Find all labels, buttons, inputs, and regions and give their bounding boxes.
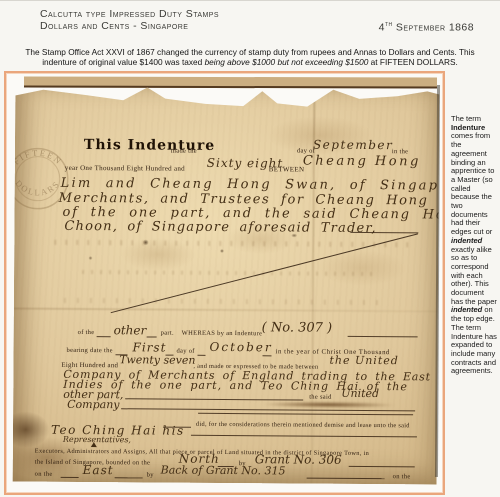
- indenture-paper: FIFTEEN DOLLARS This Indenture made the …: [13, 82, 440, 485]
- svg-text:DOLLARS: DOLLARS: [13, 178, 62, 198]
- album-page: Calcutta type Impressed Duty Stamps Doll…: [0, 0, 500, 497]
- page-title: Calcutta type Impressed Duty Stamps Doll…: [40, 9, 219, 32]
- ink-rule: [97, 336, 111, 337]
- ink-smudge: [261, 401, 396, 408]
- page-date: 4th September 1868: [379, 21, 474, 34]
- ink-rule: [348, 336, 418, 337]
- doc-print: on the: [393, 473, 411, 480]
- doc-handwriting: October: [210, 340, 273, 354]
- seal-text-top: FIFTEEN: [11, 147, 65, 167]
- doc-handwriting: Twenty seven: [119, 353, 195, 367]
- seal-text-bottom: DOLLARS: [13, 178, 62, 198]
- note-seg: The term: [451, 114, 481, 123]
- doc-print: year One Thousand Eight Hundred and: [65, 164, 185, 173]
- doc-print: by: [147, 471, 154, 478]
- paper-edge-shadow: [435, 85, 440, 477]
- caption-part2: at FIFTEEN DOLLARS.: [368, 57, 457, 67]
- margin-note: The term Indenture comes from the agreem…: [451, 115, 498, 376]
- doc-handwriting: September: [313, 138, 393, 153]
- paper-back-edge: [24, 76, 437, 88]
- ink-rule: [191, 435, 417, 438]
- ink-rule: [121, 408, 415, 411]
- note-seg-bold-italic: indented: [451, 305, 482, 314]
- note-seg-bold-italic: indented: [451, 236, 482, 245]
- doc-print: WHEREAS by an Indenture: [182, 330, 263, 338]
- ink-rule: [307, 478, 385, 480]
- note-seg-bold: Indenture: [451, 123, 485, 132]
- page-title-line1: Calcutta type Impressed Duty Stamps: [40, 9, 219, 21]
- doc-handwriting: Cheang Hong: [303, 154, 421, 170]
- doc-print: bearing date the: [67, 347, 113, 354]
- caret-mark: [91, 442, 97, 447]
- doc-handwriting: United: [341, 387, 379, 400]
- doc-print: made the: [171, 148, 197, 155]
- doc-print: part.: [161, 330, 174, 337]
- doc-handwriting: Back of Grant No. 315: [161, 464, 286, 478]
- doc-print: BETWEEN: [269, 165, 305, 173]
- ink-rule: [262, 355, 271, 356]
- doc-handwriting: Company: [67, 398, 119, 411]
- ink-rule: [197, 355, 205, 356]
- doc-print: of the: [78, 329, 95, 336]
- ink-rule: [349, 466, 415, 467]
- doc-print: did, for the considerations therein ment…: [196, 421, 410, 429]
- doc-print: the said: [309, 394, 331, 401]
- caption-italic: being above $1000 but not exceeding $150…: [205, 57, 369, 67]
- page-title-line2: Dollars and Cents - Singapore: [40, 21, 219, 33]
- date-ordinal: th: [385, 21, 393, 28]
- doc-handwriting: other: [114, 323, 147, 337]
- ink-rule: [198, 413, 413, 416]
- doc-print: on the: [35, 471, 53, 478]
- ink-rule: [61, 477, 79, 478]
- svg-text:FIFTEEN: FIFTEEN: [11, 147, 65, 167]
- doc-handwriting: East: [83, 463, 114, 477]
- doc-handwriting: ( No. 307 ): [262, 320, 333, 335]
- ink-rule: [147, 336, 157, 337]
- document-photo: FIFTEEN DOLLARS This Indenture made the …: [4, 71, 445, 495]
- note-seg: exactly alike so as to correspond with e…: [451, 245, 497, 306]
- doc-handwriting: Choon, of Singapore aforesaid Trader,: [64, 219, 376, 236]
- note-seg: on the top edge. The term Indenture has …: [451, 305, 497, 375]
- ink-rule: [125, 398, 303, 400]
- caption-text: The Stamp Office Act XXVI of 1867 change…: [18, 47, 482, 67]
- note-seg: comes from the agreement binding an appr…: [451, 131, 494, 236]
- ink-rule: [115, 477, 143, 478]
- date-rest: September 1868: [393, 22, 474, 34]
- doc-handwriting: the United: [329, 354, 398, 367]
- doc-handwriting-insert: Representatives,: [63, 435, 131, 444]
